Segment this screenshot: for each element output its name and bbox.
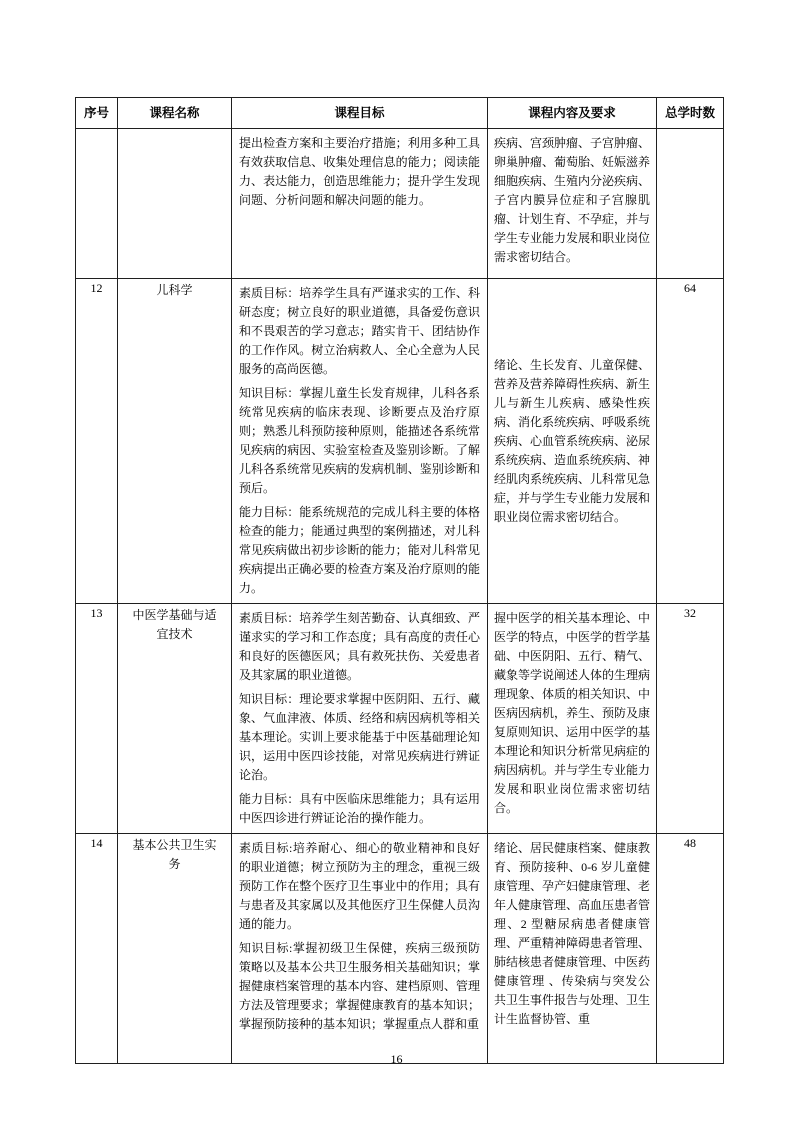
table-header-row: 序号 课程名称 课程目标 课程内容及要求 总学时数 <box>76 98 724 129</box>
row-num-cell <box>76 129 118 279</box>
objectives-cell: 提出检查方案和主要治疗措施；利用多种工具有效获取信息、收集处理信息的能力；阅读能… <box>232 129 488 279</box>
objectives-cell: 素质目标:培养耐心、细心的敬业精神和良好的职业道德；树立预防为主的理念，重视三级… <box>232 834 488 1064</box>
objective-paragraph: 素质目标:培养耐心、细心的敬业精神和良好的职业道德；树立预防为主的理念，重视三级… <box>239 839 480 934</box>
row-num-cell: 14 <box>76 834 118 1064</box>
objectives-cell: 素质目标：培养学生具有严谨求实的工作、科研态度；树立良好的职业道德，具备爱伤意识… <box>232 279 488 604</box>
course-table: 序号 课程名称 课程目标 课程内容及要求 总学时数 提出检查方案和主要治疗措施；… <box>75 97 724 1064</box>
table-row-continuation: 提出检查方案和主要治疗措施；利用多种工具有效获取信息、收集处理信息的能力；阅读能… <box>76 129 724 279</box>
table-row-12: 12 儿科学 素质目标：培养学生具有严谨求实的工作、科研态度；树立良好的职业道德… <box>76 279 724 604</box>
header-cell-name: 课程名称 <box>118 98 232 129</box>
course-name-cell: 儿科学 <box>118 279 232 604</box>
content-cell: 绪论、居民健康档案、健康教育、预防接种、0-6 岁儿童健康管理、孕产妇健康管理、… <box>488 834 657 1064</box>
objectives-cell: 素质目标：培养学生刻苦勤奋、认真细致、严谨求实的学习和工作态度；具有高度的责任心… <box>232 604 488 834</box>
objective-paragraph: 能力目标：具有中医临床思维能力；具有运用中医四诊进行辨证论治的操作能力。 <box>239 790 480 828</box>
header-cell-num: 序号 <box>76 98 118 129</box>
page-number: 16 <box>0 1052 793 1067</box>
course-name-cell: 中医学基础与适宜技术 <box>118 604 232 834</box>
hours-cell: 64 <box>657 279 724 604</box>
course-name-cell <box>118 129 232 279</box>
header-cell-content: 课程内容及要求 <box>488 98 657 129</box>
hours-cell: 48 <box>657 834 724 1064</box>
content-cell: 绪论、生长发育、儿童保健、营养及营养障碍性疾病、新生儿与新生儿疾病、感染性疾病、… <box>488 279 657 604</box>
objective-paragraph: 知识目标:掌握初级卫生保健，疾病三级预防策略以及基本公共卫生服务相关基础知识；掌… <box>239 939 480 1034</box>
hours-cell: 32 <box>657 604 724 834</box>
row-num-cell: 13 <box>76 604 118 834</box>
content-cell: 疾病、宫颈肿瘤、子宫肿瘤、卵巢肿瘤、葡萄胎、妊娠滋养细胞疾病、生殖内分泌疾病、子… <box>488 129 657 279</box>
objective-paragraph: 素质目标：培养学生刻苦勤奋、认真细致、严谨求实的学习和工作态度；具有高度的责任心… <box>239 609 480 685</box>
table-row-13: 13 中医学基础与适宜技术 素质目标：培养学生刻苦勤奋、认真细致、严谨求实的学习… <box>76 604 724 834</box>
course-name-cell: 基本公共卫生实务 <box>118 834 232 1064</box>
row-num-cell: 12 <box>76 279 118 604</box>
objective-paragraph: 提出检查方案和主要治疗措施；利用多种工具有效获取信息、收集处理信息的能力；阅读能… <box>239 134 480 210</box>
objective-paragraph: 知识目标：掌握儿童生长发育规律，儿科各系统常见疾病的临床表现、诊断要点及治疗原则… <box>239 384 480 498</box>
objective-paragraph: 能力目标：能系统规范的完成儿科主要的体格检查的能力；能通过典型的案例描述，对儿科… <box>239 503 480 598</box>
table-row-14: 14 基本公共卫生实务 素质目标:培养耐心、细心的敬业精神和良好的职业道德；树立… <box>76 834 724 1064</box>
header-cell-objectives: 课程目标 <box>232 98 488 129</box>
header-cell-hours: 总学时数 <box>657 98 724 129</box>
objective-paragraph: 知识目标：理论要求掌握中医阴阳、五行、藏象、气血津液、体质、经络和病因病机等相关… <box>239 690 480 785</box>
objective-paragraph: 素质目标：培养学生具有严谨求实的工作、科研态度；树立良好的职业道德，具备爱伤意识… <box>239 284 480 379</box>
content-cell: 握中医学的相关基本理论、中医学的特点，中医学的哲学基础、中医阴阳、五行、精气、藏… <box>488 604 657 834</box>
document-page: 序号 课程名称 课程目标 课程内容及要求 总学时数 提出检查方案和主要治疗措施；… <box>0 0 793 1122</box>
hours-cell <box>657 129 724 279</box>
